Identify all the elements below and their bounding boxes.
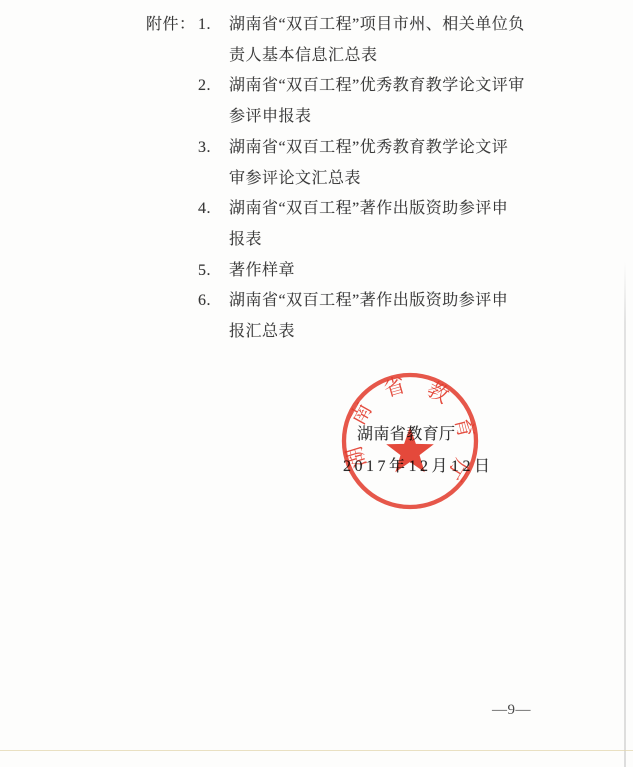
signature-org: 湖南省教育厅 (357, 421, 455, 444)
item-line: 湖南省“双百工程”项目市州、相关单位负 (229, 10, 525, 41)
item-number: 4. (198, 194, 229, 225)
item-lines: 湖南省“双百工程”项目市州、相关单位负责人基本信息汇总表 (229, 10, 525, 71)
item-line: 报表 (229, 225, 508, 256)
signature-block: 湖南省教育厅 湖南省教育厅 2017年12月12日 (336, 366, 506, 526)
item-lines: 湖南省“双百工程”优秀教育教学论文评审参评申报表 (229, 71, 525, 132)
item-lines: 湖南省“双百工程”著作出版资助参评申报汇总表 (229, 286, 508, 347)
item-number: 6. (198, 286, 229, 317)
item-line: 湖南省“双百工程”著作出版资助参评申 (229, 286, 508, 317)
item-lines: 湖南省“双百工程”优秀教育教学论文评审参评论文汇总表 (229, 133, 508, 194)
item-line: 审参评论文汇总表 (229, 164, 508, 195)
item-line: 湖南省“双百工程”优秀教育教学论文评审 (229, 71, 525, 102)
item-line: 湖南省“双百工程”著作出版资助参评申 (229, 194, 508, 225)
list-item: 6.湖南省“双百工程”著作出版资助参评申报汇总表 (198, 286, 525, 347)
list-item: 2.湖南省“双百工程”优秀教育教学论文评审参评申报表 (198, 71, 525, 132)
signature-date: 2017年12月12日 (343, 453, 494, 476)
attachment-items: 1.湖南省“双百工程”项目市州、相关单位负责人基本信息汇总表2.湖南省“双百工程… (198, 10, 525, 348)
official-seal: 湖南省教育厅 (336, 366, 506, 526)
item-number: 3. (198, 133, 229, 164)
page-number: —9— (492, 702, 531, 719)
document-page: 附件： 1.湖南省“双百工程”项目市州、相关单位负责人基本信息汇总表2.湖南省“… (0, 0, 633, 767)
attachment-list: 附件： 1.湖南省“双百工程”项目市州、相关单位负责人基本信息汇总表2.湖南省“… (146, 10, 525, 348)
item-lines: 湖南省“双百工程”著作出版资助参评申报表 (229, 194, 508, 255)
item-line: 湖南省“双百工程”优秀教育教学论文评 (229, 133, 508, 164)
item-line: 报汇总表 (229, 317, 508, 348)
attachment-label: 附件： (146, 10, 196, 41)
item-line: 著作样章 (229, 256, 295, 287)
item-number: 5. (198, 256, 229, 287)
item-line: 参评申报表 (229, 102, 525, 133)
list-item: 1.湖南省“双百工程”项目市州、相关单位负责人基本信息汇总表 (198, 10, 525, 71)
scan-artifact-vertical-line (624, 262, 626, 767)
list-item: 3.湖南省“双百工程”优秀教育教学论文评审参评论文汇总表 (198, 133, 525, 194)
item-line: 责人基本信息汇总表 (229, 41, 525, 72)
list-item: 5.著作样章 (198, 256, 525, 287)
scan-artifact-horizontal-line (0, 750, 633, 751)
item-lines: 著作样章 (229, 256, 295, 287)
seal-ring-char: 教 (423, 377, 453, 408)
item-number: 1. (198, 10, 229, 41)
list-item: 4.湖南省“双百工程”著作出版资助参评申报表 (198, 194, 525, 255)
item-number: 2. (198, 71, 229, 102)
